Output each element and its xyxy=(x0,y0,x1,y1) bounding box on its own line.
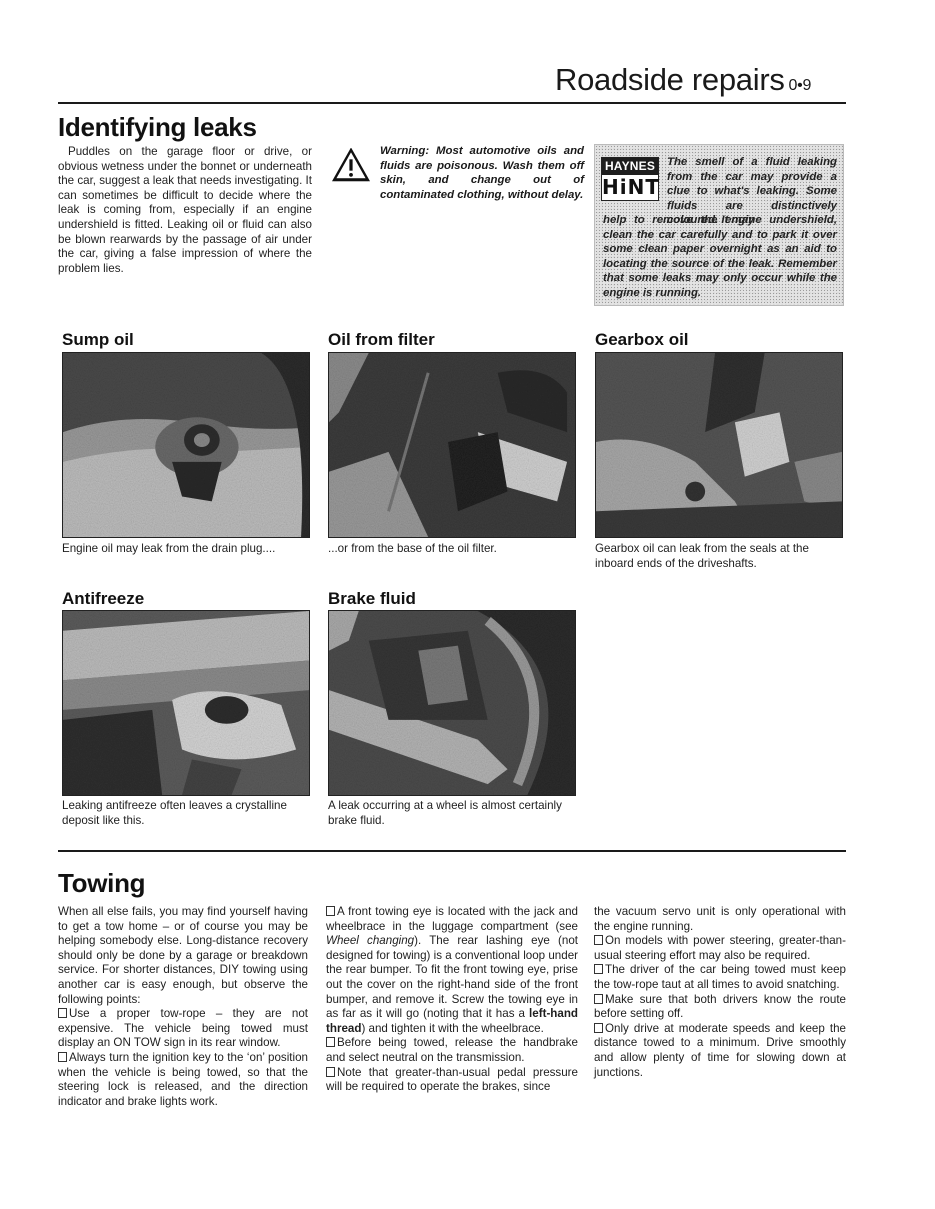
photo-sump-oil xyxy=(62,352,310,538)
running-header: Roadside repairs0•9 xyxy=(555,62,811,98)
checkbox-bullet-icon xyxy=(326,1037,335,1047)
checkbox-bullet-icon xyxy=(58,1052,67,1062)
brake-wheel-image xyxy=(329,611,575,795)
photo-gearbox-oil xyxy=(595,352,843,538)
towing-bullet: Make sure that both drivers know the rou… xyxy=(594,993,846,1022)
towing-column-2: A front towing eye is located with the j… xyxy=(326,905,578,1095)
towing-bullet: Note that greater-than-usual pedal press… xyxy=(326,1066,578,1095)
towing-column-3: the vacuum servo unit is only operationa… xyxy=(594,905,846,1080)
towing-bullet: Before being towed, release the handbrak… xyxy=(326,1036,578,1065)
section-title-towing: Towing xyxy=(58,868,145,899)
towing-bullet: Use a proper tow-rope – they are not exp… xyxy=(58,1007,308,1051)
photo-antifreeze xyxy=(62,610,310,796)
caption-sump-oil: Engine oil may leak from the drain plug.… xyxy=(62,542,312,557)
header-rule xyxy=(58,102,846,104)
photo-oil-filter xyxy=(328,352,576,538)
panel-heading-brake-fluid: Brake fluid xyxy=(328,589,416,609)
running-title: Roadside repairs xyxy=(555,62,785,97)
hint-logo-label: HiNT xyxy=(602,175,658,200)
antifreeze-deposit-image xyxy=(63,611,309,795)
checkbox-bullet-icon xyxy=(594,964,603,974)
caption-gearbox-oil: Gearbox oil can leak from the seals at t… xyxy=(595,542,845,571)
gearbox-seal-image xyxy=(596,353,842,537)
cross-reference-wheel-changing: Wheel changing xyxy=(326,934,414,947)
caption-brake-fluid: A leak occurring at a wheel is almost ce… xyxy=(328,799,578,828)
checkbox-bullet-icon xyxy=(594,994,603,1004)
caption-oil-from-filter: ...or from the base of the oil filter. xyxy=(328,542,578,557)
checkbox-bullet-icon xyxy=(594,935,603,945)
warning-text: Warning: Most automotive oils and fluids… xyxy=(380,144,584,202)
oil-filter-image xyxy=(329,353,575,537)
checkbox-bullet-icon xyxy=(594,1023,603,1033)
caption-antifreeze: Leaking antifreeze often leaves a crysta… xyxy=(62,799,312,828)
towing-intro: When all else fails, you may find yourse… xyxy=(58,905,308,1007)
haynes-hint-logo: HAYNES HiNT xyxy=(601,157,659,201)
checkbox-bullet-icon xyxy=(326,1067,335,1077)
sump-drain-plug-image xyxy=(63,353,309,537)
towing-bullet-continued: the vacuum servo unit is only operationa… xyxy=(594,905,846,934)
towing-bullet: A front towing eye is located with the j… xyxy=(326,905,578,1036)
panel-heading-gearbox-oil: Gearbox oil xyxy=(595,330,689,350)
towing-bullet: Always turn the ignition key to the ‘on’… xyxy=(58,1051,308,1109)
haynes-logo-label: HAYNES xyxy=(602,158,658,175)
warning-triangle-icon xyxy=(332,148,370,182)
hint-text-bottom: help to remove the engine undershield, c… xyxy=(603,213,837,301)
towing-bullet: Only drive at moderate speeds and keep t… xyxy=(594,1022,846,1080)
checkbox-bullet-icon xyxy=(326,906,335,916)
photo-brake-fluid xyxy=(328,610,576,796)
towing-bullet: The driver of the car being towed must k… xyxy=(594,963,846,992)
towing-column-1: When all else fails, you may find yourse… xyxy=(58,905,308,1109)
haynes-hint-box: HAYNES HiNT The smell of a fluid leaking… xyxy=(594,144,844,306)
towing-rule xyxy=(58,850,846,852)
panel-heading-antifreeze: Antifreeze xyxy=(62,589,144,609)
panel-heading-sump-oil: Sump oil xyxy=(62,330,134,350)
panel-heading-oil-from-filter: Oil from filter xyxy=(328,330,435,350)
towing-bullet: On models with power steering, greater-t… xyxy=(594,934,846,963)
checkbox-bullet-icon xyxy=(58,1008,67,1018)
page-number: 0•9 xyxy=(789,77,812,94)
leaks-intro-paragraph: Puddles on the garage floor or drive, or… xyxy=(58,145,312,276)
section-title-identifying-leaks: Identifying leaks xyxy=(58,112,257,143)
